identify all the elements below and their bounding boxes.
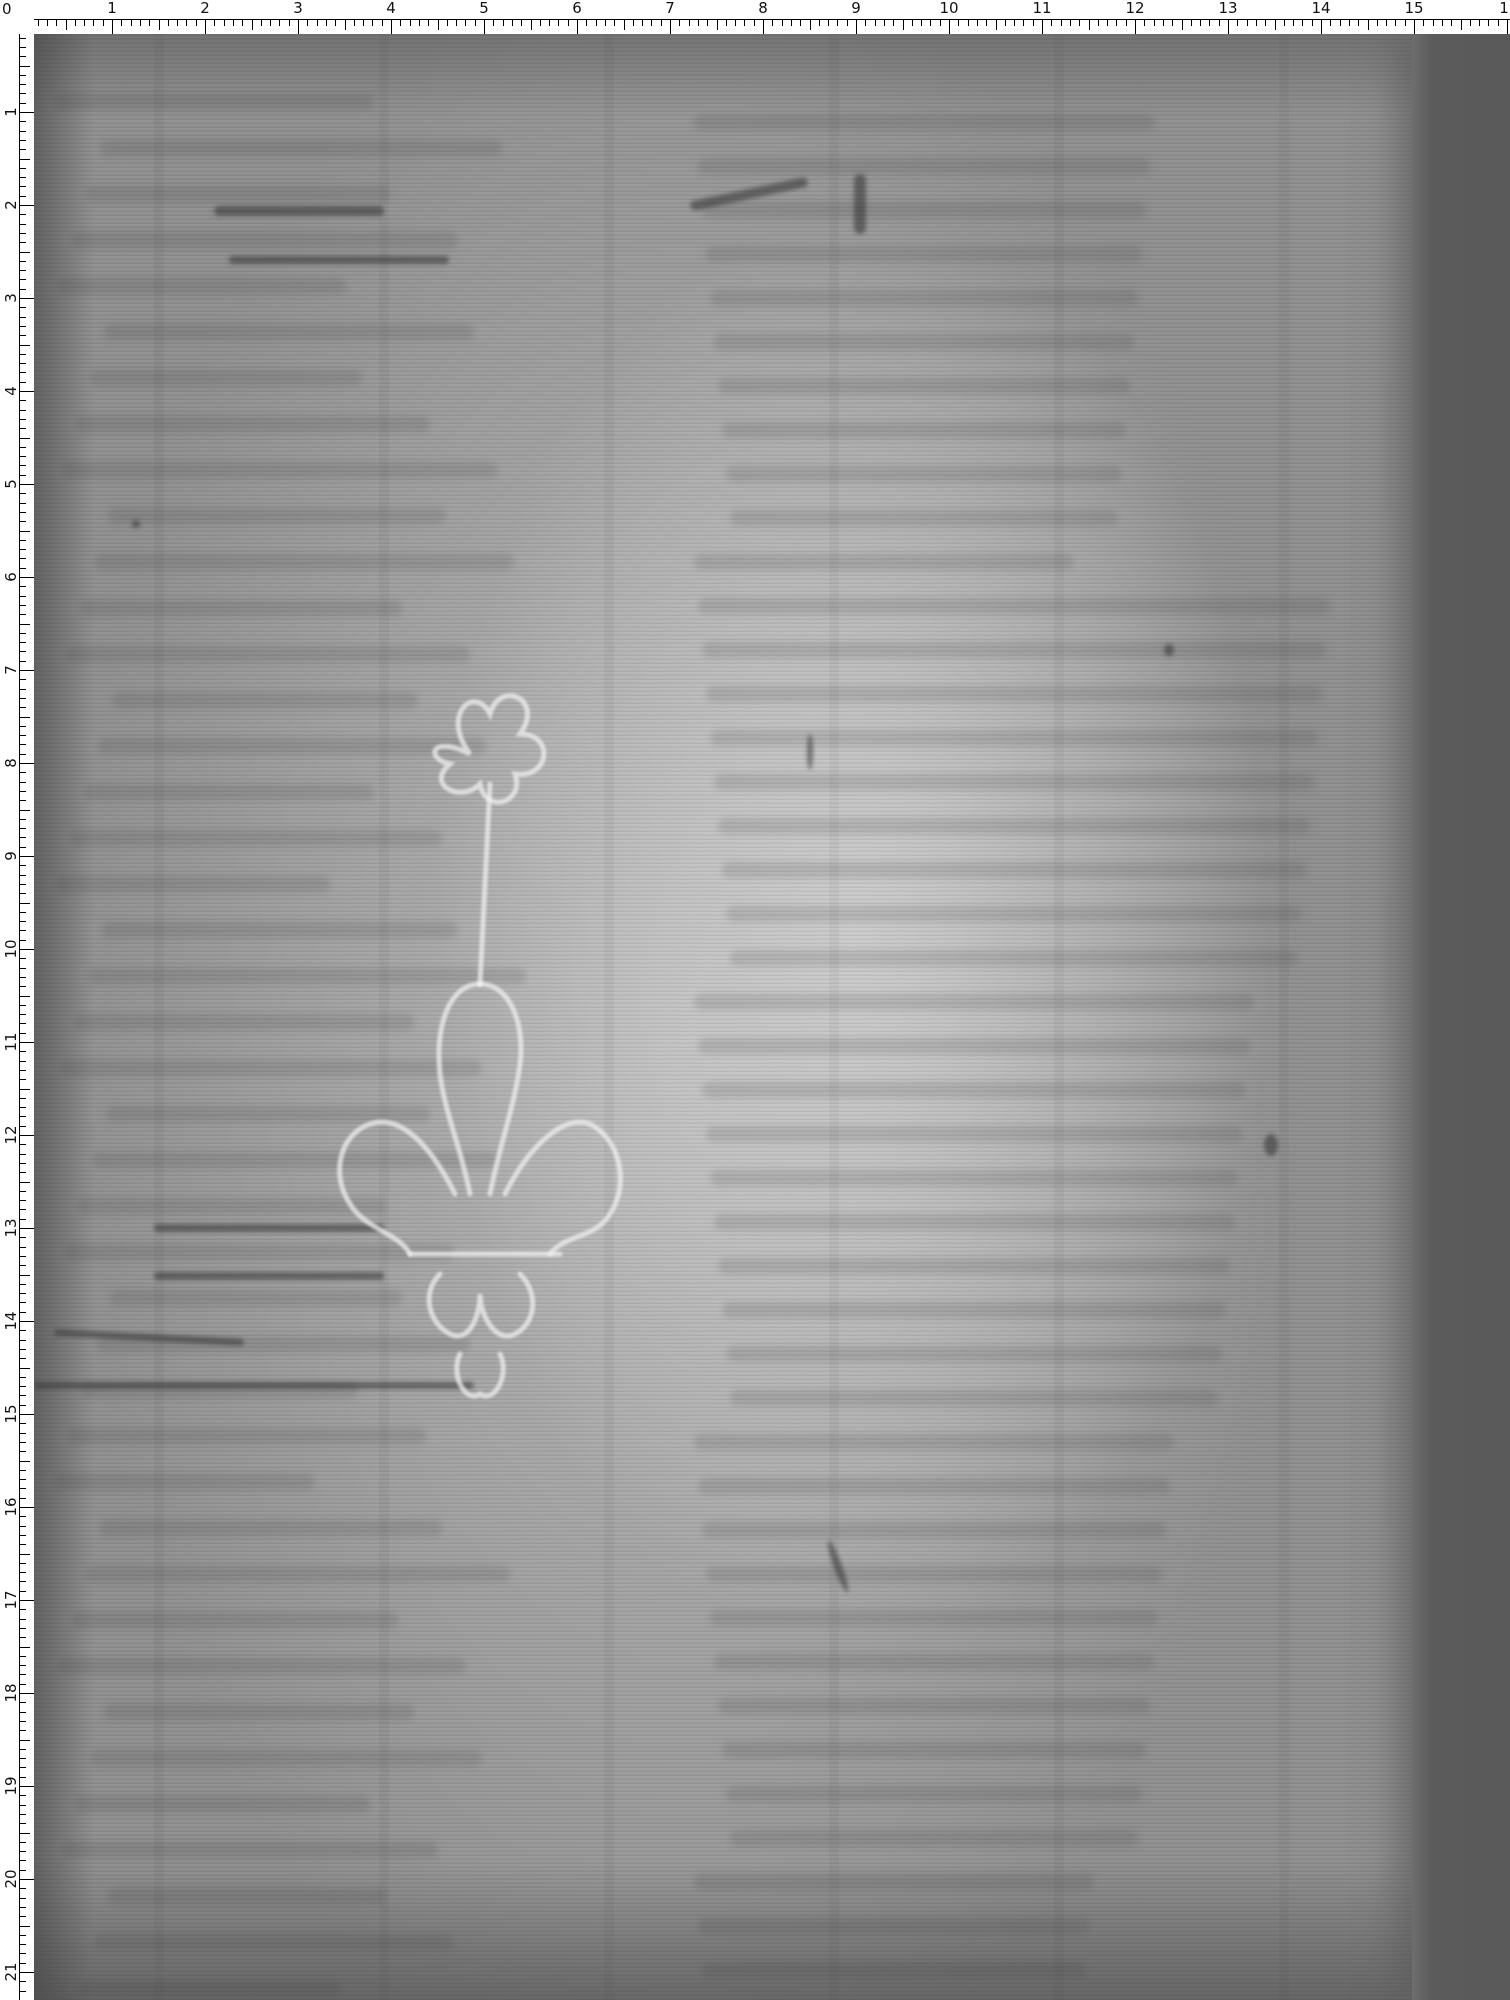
ruler-tick bbox=[20, 1386, 26, 1387]
ruler-tick bbox=[20, 1451, 26, 1452]
ruler-tick bbox=[186, 20, 187, 26]
ruler-tick bbox=[20, 614, 26, 615]
ruler-tick bbox=[20, 1033, 26, 1034]
ruler-tick bbox=[447, 20, 448, 26]
ruler-tick bbox=[819, 20, 820, 26]
ruler-tick bbox=[1302, 20, 1303, 26]
ruler-tick bbox=[20, 1749, 26, 1750]
ruler-tick bbox=[279, 20, 280, 26]
ruler-top-label: 2 bbox=[200, 0, 210, 16]
ruler-tick bbox=[1172, 20, 1173, 26]
ruler-tick bbox=[1330, 20, 1331, 26]
ruler-tick bbox=[131, 20, 132, 26]
show-through-text-line bbox=[710, 1170, 1238, 1186]
ruler-tick bbox=[20, 1135, 34, 1136]
ruler-tick bbox=[20, 531, 30, 532]
ruler-tick bbox=[20, 949, 34, 950]
ruler-tick bbox=[20, 1349, 26, 1350]
ruler-tick bbox=[20, 726, 26, 727]
ruler-tick bbox=[20, 140, 26, 141]
ruler-tick bbox=[20, 261, 26, 262]
ruler-left-label: 9 bbox=[3, 846, 19, 866]
ruler-left-label: 3 bbox=[3, 288, 19, 308]
ruler-left-label: 2 bbox=[3, 195, 19, 215]
ruler-tick bbox=[20, 1795, 26, 1796]
ruler-tick bbox=[20, 847, 26, 848]
ruler-top-label: 1 bbox=[107, 0, 117, 16]
ruler-tick bbox=[651, 20, 652, 26]
ruler-tick bbox=[20, 1544, 26, 1545]
ruler-tick bbox=[875, 20, 876, 26]
ruler-tick bbox=[20, 75, 26, 76]
show-through-text-line bbox=[54, 94, 374, 110]
ruler-left-label: 19 bbox=[3, 1776, 19, 1796]
ruler-tick bbox=[20, 317, 26, 318]
show-through-text-line bbox=[94, 554, 514, 570]
ruler-tick bbox=[20, 1126, 26, 1127]
ruler-tick bbox=[642, 20, 643, 26]
ruler-tick bbox=[20, 940, 26, 941]
ruler-tick bbox=[419, 20, 420, 26]
ruler-tick bbox=[20, 884, 26, 885]
show-through-text-line bbox=[714, 1214, 1234, 1230]
ruler-tick bbox=[20, 465, 26, 466]
ruler-left-label: 16 bbox=[3, 1497, 19, 1517]
ruler-tick bbox=[1005, 20, 1006, 26]
ruler-tick bbox=[20, 205, 34, 206]
ruler-tick bbox=[633, 20, 634, 26]
show-through-text-line bbox=[702, 642, 1326, 658]
ruler-left-label: 8 bbox=[3, 753, 19, 773]
ruler-tick bbox=[1070, 20, 1071, 26]
ruler-tick bbox=[20, 1963, 26, 1964]
ruler-tick bbox=[1275, 20, 1276, 30]
ruler-tick bbox=[20, 1823, 26, 1824]
show-through-text-line bbox=[100, 1520, 442, 1536]
ruler-tick bbox=[20, 428, 26, 429]
ruler-tick bbox=[1423, 20, 1424, 26]
ruler-tick bbox=[20, 1275, 30, 1276]
ruler-tick bbox=[20, 447, 26, 448]
ruler-top-label: 13 bbox=[1218, 0, 1237, 16]
ruler-top-label: 3 bbox=[293, 0, 303, 16]
ruler-tick bbox=[20, 1405, 26, 1406]
ruler-tick bbox=[20, 1302, 26, 1303]
ruler-left-label: 21 bbox=[3, 1962, 19, 1982]
ruler-tick bbox=[986, 20, 987, 26]
ruler-top-label: 12 bbox=[1125, 0, 1144, 16]
ruler-tick bbox=[354, 20, 355, 26]
ruler-tick bbox=[20, 307, 26, 308]
ruler-tick bbox=[20, 1107, 26, 1108]
ruler-tick bbox=[1358, 20, 1359, 26]
show-through-text-line bbox=[80, 1980, 342, 1996]
ruler-tick bbox=[261, 20, 262, 26]
ruler-tick bbox=[20, 689, 26, 690]
ruler-tick bbox=[112, 20, 113, 34]
ruler-tick bbox=[1321, 20, 1322, 34]
ruler-tick bbox=[521, 20, 522, 26]
ruler-tick bbox=[20, 1600, 34, 1601]
ruler-tick bbox=[20, 1014, 26, 1015]
ruler-tick bbox=[20, 1330, 26, 1331]
show-through-text-line bbox=[726, 1346, 1222, 1362]
ruler-tick bbox=[20, 1358, 26, 1359]
ruler-left-label: 6 bbox=[3, 567, 19, 587]
show-through-text-line bbox=[58, 1658, 466, 1674]
ruler-tick bbox=[20, 112, 34, 113]
show-through-text-line bbox=[718, 1698, 1150, 1714]
ink-stroke bbox=[854, 174, 866, 234]
show-through-text-line bbox=[706, 246, 1142, 262]
ruler-tick bbox=[20, 875, 26, 876]
ruler-tick bbox=[20, 1637, 26, 1638]
ruler-tick bbox=[20, 1433, 26, 1434]
show-through-text-line bbox=[714, 774, 1314, 790]
ruler-tick bbox=[679, 20, 680, 26]
ruler-tick bbox=[438, 20, 439, 30]
ruler-tick bbox=[20, 772, 26, 773]
ruler-tick bbox=[20, 1042, 34, 1043]
ruler-tick bbox=[20, 1070, 26, 1071]
ruler-tick bbox=[1061, 20, 1062, 26]
ink-spot bbox=[1264, 1134, 1278, 1156]
ruler-tick bbox=[20, 707, 26, 708]
ruler-tick bbox=[1442, 20, 1443, 26]
ruler-tick bbox=[20, 586, 26, 587]
ruler-tick bbox=[1182, 20, 1183, 30]
show-through-text-line bbox=[726, 906, 1302, 922]
show-through-text-line bbox=[698, 1918, 1090, 1934]
ruler-tick bbox=[20, 1879, 34, 1880]
ruler-tick bbox=[326, 20, 327, 26]
ruler-tick bbox=[20, 540, 26, 541]
show-through-text-line bbox=[726, 466, 1122, 482]
show-through-text-line bbox=[694, 114, 1154, 130]
ruler-tick bbox=[20, 912, 26, 913]
ruler-tick bbox=[20, 1833, 30, 1834]
ruler-tick bbox=[20, 568, 26, 569]
ruler-tick bbox=[744, 20, 745, 26]
ruler-tick bbox=[977, 20, 978, 26]
ruler-tick bbox=[20, 66, 30, 67]
ruler-tick bbox=[20, 1163, 26, 1164]
ruler-tick bbox=[84, 20, 85, 26]
ruler-tick bbox=[1340, 20, 1341, 26]
ruler-tick bbox=[20, 1991, 26, 1992]
ruler-tick bbox=[20, 1656, 26, 1657]
ruler-tick bbox=[1386, 20, 1387, 26]
ruler-tick bbox=[391, 20, 392, 34]
ruler-tick bbox=[20, 1702, 26, 1703]
ruler-tick bbox=[20, 1479, 26, 1480]
ruler-tick bbox=[996, 20, 997, 30]
ruler-tick bbox=[20, 512, 26, 513]
ruler-tick bbox=[1470, 20, 1471, 26]
ruler-tick bbox=[893, 20, 894, 26]
ruler-tick bbox=[1349, 20, 1350, 26]
ruler-tick bbox=[1265, 20, 1266, 26]
ruler-top-label: 10 bbox=[939, 0, 958, 16]
ruler-tick bbox=[20, 1926, 30, 1927]
ruler-tick bbox=[856, 20, 857, 34]
ruler-tick bbox=[205, 20, 206, 34]
ruler-top-label: 15 bbox=[1404, 0, 1423, 16]
ruler-tick bbox=[20, 456, 26, 457]
ruler-tick bbox=[20, 1563, 26, 1564]
ruler-tick bbox=[56, 20, 57, 26]
ruler-tick bbox=[20, 865, 26, 866]
ink-stroke bbox=[807, 734, 813, 770]
fleur-de-lis-icon bbox=[330, 674, 630, 1474]
ruler-tick bbox=[1089, 20, 1090, 30]
ruler-tick bbox=[20, 1591, 26, 1592]
ruler-tick bbox=[614, 20, 615, 26]
ruler-tick bbox=[20, 1079, 26, 1080]
ruler-tick bbox=[382, 20, 383, 26]
ruler-top-label: 14 bbox=[1311, 0, 1330, 16]
ruler-tick bbox=[20, 186, 26, 187]
ruler-tick bbox=[20, 633, 26, 634]
show-through-text-line bbox=[54, 1474, 314, 1490]
ruler-tick bbox=[20, 856, 34, 857]
show-through-text-line bbox=[694, 1434, 1174, 1450]
ruler-tick bbox=[177, 20, 178, 26]
ruler-tick bbox=[493, 20, 494, 26]
show-through-text-line bbox=[730, 510, 1118, 526]
ruler-tick bbox=[20, 1256, 26, 1257]
ruler-tick bbox=[20, 782, 26, 783]
ruler-tick bbox=[20, 354, 26, 355]
ruler-tick bbox=[20, 279, 26, 280]
ruler-tick bbox=[1107, 20, 1108, 26]
ruler-tick bbox=[20, 558, 26, 559]
ruler-left-label: 5 bbox=[3, 474, 19, 494]
ruler-tick bbox=[20, 419, 26, 420]
show-through-text-line bbox=[72, 232, 458, 248]
ruler-tick bbox=[1126, 20, 1127, 26]
ink-stroke bbox=[229, 256, 449, 264]
ruler-tick bbox=[20, 214, 26, 215]
ruler-left-label: 13 bbox=[3, 1218, 19, 1238]
ruler-tick bbox=[968, 20, 969, 26]
ruler-left: 1 2 3 4 5 6 7 8 9 10 11 12 13 14 15 16 1… bbox=[0, 0, 34, 2000]
show-through-text-line bbox=[90, 1750, 482, 1766]
ruler-tick bbox=[20, 1898, 26, 1899]
ruler-tick bbox=[20, 930, 26, 931]
ruler-tick bbox=[20, 1712, 26, 1713]
show-through-text-line bbox=[718, 818, 1310, 834]
show-through-text-line bbox=[702, 1082, 1246, 1098]
ruler-tick bbox=[20, 149, 26, 150]
ruler-left-label: 1 bbox=[3, 102, 19, 122]
ruler-tick bbox=[20, 893, 26, 894]
ruler-tick bbox=[20, 1098, 26, 1099]
ruler-tick bbox=[20, 252, 30, 253]
ruler-top-label: 5 bbox=[479, 0, 489, 16]
ruler-tick bbox=[20, 1674, 26, 1675]
ruler-tick bbox=[754, 20, 755, 26]
ruler-tick bbox=[1479, 20, 1480, 26]
ruler-top: 1 2 3 4 5 6 7 8 9 10 11 12 13 14 15 1 bbox=[0, 0, 1510, 34]
ruler-tick bbox=[20, 521, 26, 522]
ruler-tick bbox=[20, 1442, 26, 1443]
ruler-tick bbox=[20, 744, 26, 745]
ruler-tick bbox=[698, 20, 699, 26]
ruler-tick bbox=[1042, 20, 1043, 34]
ruler-tick bbox=[1451, 20, 1452, 26]
show-through-text-line bbox=[90, 370, 362, 386]
ruler-tick bbox=[20, 596, 26, 597]
ruler-tick bbox=[707, 20, 708, 26]
ruler-tick bbox=[20, 224, 26, 225]
ruler-tick bbox=[20, 1870, 26, 1871]
ruler-tick bbox=[1135, 20, 1136, 34]
ruler-left-label: 10 bbox=[3, 939, 19, 959]
ruler-top-label: 4 bbox=[386, 0, 396, 16]
ruler-tick bbox=[214, 20, 215, 26]
ruler-tick bbox=[20, 1944, 26, 1945]
show-through-text-line bbox=[694, 994, 1254, 1010]
ruler-tick bbox=[20, 326, 26, 327]
show-through-text-line bbox=[702, 202, 1146, 218]
ruler-tick bbox=[20, 698, 26, 699]
ruler-tick bbox=[1209, 20, 1210, 26]
ruler-tick bbox=[1144, 20, 1145, 26]
ruler-tick bbox=[20, 438, 30, 439]
ruler-tick bbox=[735, 20, 736, 26]
ruler-tick bbox=[20, 38, 26, 39]
ruler-tick bbox=[958, 20, 959, 26]
ruler-tick bbox=[20, 1609, 26, 1610]
ruler-tick bbox=[1498, 20, 1499, 26]
show-through-text-line bbox=[76, 1796, 370, 1812]
ruler-tick bbox=[20, 84, 26, 85]
ruler-tick bbox=[20, 1312, 26, 1313]
ruler-tick bbox=[20, 493, 26, 494]
ruler-tick bbox=[20, 345, 30, 346]
ruler-tick bbox=[20, 1907, 26, 1908]
ruler-tick bbox=[1377, 20, 1378, 26]
ruler-tick bbox=[930, 20, 931, 26]
ruler-tick bbox=[512, 20, 513, 26]
ruler-tick bbox=[1507, 20, 1508, 34]
ruler-tick bbox=[475, 20, 476, 26]
show-through-text-line bbox=[86, 186, 390, 202]
ruler-tick bbox=[1488, 20, 1489, 26]
ruler-tick bbox=[224, 20, 225, 26]
ruler-tick bbox=[605, 20, 606, 26]
ruler-tick bbox=[1433, 20, 1434, 26]
ruler-tick bbox=[884, 20, 885, 26]
ruler-tick bbox=[20, 410, 26, 411]
ruler-tick bbox=[159, 20, 160, 30]
ruler-tick bbox=[586, 20, 587, 26]
ruler-tick bbox=[1116, 20, 1117, 26]
show-through-text-line bbox=[698, 598, 1330, 614]
ruler-tick bbox=[20, 1786, 34, 1787]
ruler-tick bbox=[20, 270, 26, 271]
ruler-tick bbox=[20, 289, 26, 290]
ruler-tick bbox=[20, 56, 26, 57]
show-through-text-line bbox=[722, 422, 1126, 438]
ruler-tick bbox=[20, 996, 30, 997]
ruler-left-label: 14 bbox=[3, 1311, 19, 1331]
show-through-text-line bbox=[94, 1934, 454, 1950]
ruler-tick bbox=[20, 577, 34, 578]
show-through-text-line bbox=[56, 876, 330, 892]
ruler-tick bbox=[317, 20, 318, 26]
ruler-tick bbox=[20, 131, 26, 132]
show-through-text-line bbox=[694, 1874, 1094, 1890]
ruler-tick bbox=[568, 20, 569, 26]
ruler-tick bbox=[20, 1665, 26, 1666]
ruler-tick bbox=[763, 20, 764, 34]
ruler-tick bbox=[335, 20, 336, 26]
ruler-tick bbox=[20, 196, 26, 197]
ruler-tick bbox=[20, 763, 34, 764]
ink-spot bbox=[132, 520, 140, 528]
ruler-tick bbox=[20, 1237, 26, 1238]
ruler-left-label: 4 bbox=[3, 381, 19, 401]
ruler-tick bbox=[20, 1414, 34, 1415]
ruler-tick bbox=[149, 20, 150, 26]
ruler-tick bbox=[20, 977, 26, 978]
ruler-tick bbox=[456, 20, 457, 26]
ruler-tick bbox=[1051, 20, 1052, 26]
ruler-tick bbox=[810, 20, 811, 30]
ruler-tick bbox=[20, 717, 30, 718]
ruler-tick bbox=[20, 1395, 26, 1396]
ruler-tick bbox=[20, 1619, 26, 1620]
ruler-left-label: 11 bbox=[3, 1032, 19, 1052]
ruler-tick bbox=[20, 791, 26, 792]
show-through-text-line bbox=[104, 1704, 414, 1720]
ruler-tick bbox=[20, 298, 34, 299]
ruler-tick bbox=[20, 986, 26, 987]
ruler-tick bbox=[121, 20, 122, 26]
show-through-text-line bbox=[698, 1038, 1250, 1054]
ruler-tick bbox=[20, 1247, 26, 1248]
show-through-text-line bbox=[722, 862, 1306, 878]
ruler-top-label: 8 bbox=[758, 0, 768, 16]
ruler-tick bbox=[363, 20, 364, 26]
ruler-tick bbox=[558, 20, 559, 26]
ruler-tick bbox=[20, 1842, 26, 1843]
ruler-tick bbox=[20, 1888, 26, 1889]
show-through-text-line bbox=[710, 1610, 1158, 1626]
ruler-tick bbox=[20, 1191, 26, 1192]
ruler-tick bbox=[428, 20, 429, 26]
ruler-tick bbox=[20, 121, 26, 122]
ruler-tick bbox=[196, 20, 197, 26]
chain-line bbox=[1279, 34, 1289, 2000]
ruler-tick bbox=[20, 1507, 34, 1508]
ruler-tick bbox=[20, 391, 34, 392]
show-through-text-line bbox=[710, 290, 1138, 306]
ruler-tick bbox=[20, 1051, 26, 1052]
ruler-tick bbox=[1014, 20, 1015, 26]
ruler-tick bbox=[20, 624, 30, 625]
ruler-tick bbox=[20, 661, 26, 662]
ruler-tick bbox=[912, 20, 913, 26]
show-through-text-line bbox=[718, 1258, 1230, 1274]
ruler-tick bbox=[20, 484, 34, 485]
ruler-tick bbox=[410, 20, 411, 26]
ruler-tick bbox=[233, 20, 234, 26]
ruler-tick bbox=[20, 968, 26, 969]
ruler-tick bbox=[20, 1693, 34, 1694]
